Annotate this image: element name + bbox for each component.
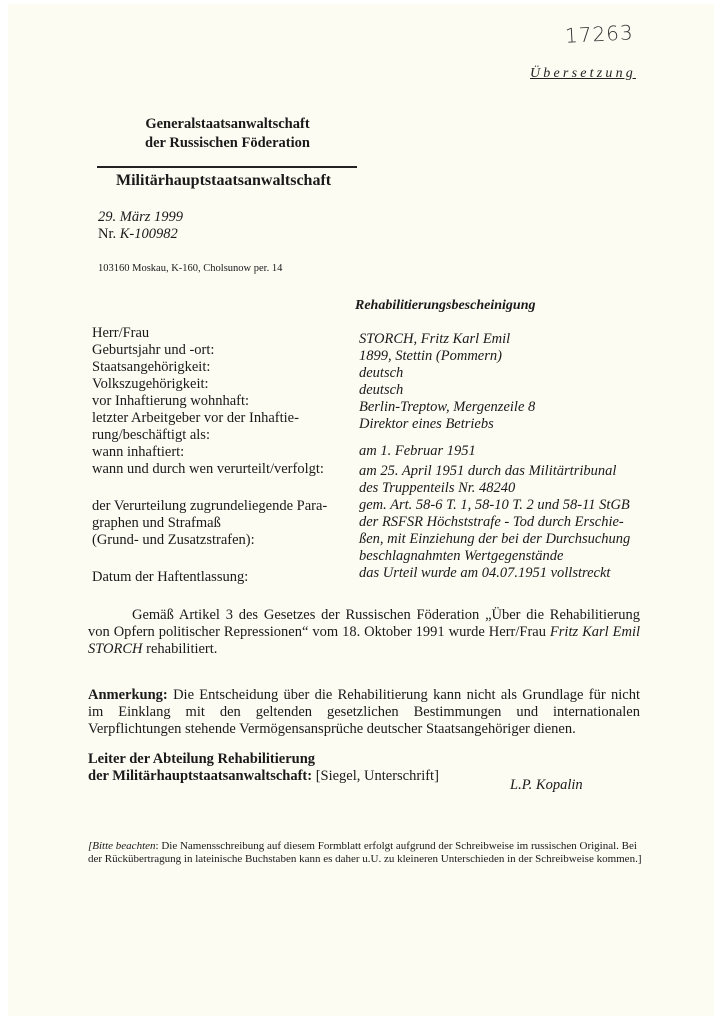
signatory-name: L.P. Kopalin <box>510 777 583 794</box>
field-label: Herr/Frau <box>92 325 327 342</box>
header-divider <box>97 166 357 168</box>
field-value-articles: gem. Art. 58-6 T. 1, 58-10 T. 2 und 58-1… <box>359 497 630 514</box>
document-number: Nr. K-100982 <box>98 226 178 243</box>
field-value-blank <box>359 433 630 443</box>
field-value-sentence: am 25. April 1951 durch das Militärtribu… <box>359 463 630 480</box>
certificate-title: Rehabilitierungsbescheinigung <box>355 298 535 314</box>
field-value-nationality: deutsch <box>359 382 630 399</box>
footnote-text: : Die Namensschreibung auf diesem Formbl… <box>88 840 641 865</box>
field-label <box>92 549 327 569</box>
field-value-tribunal: des Truppenteils Nr. 48240 <box>359 480 630 497</box>
handwritten-document-number: 17263 <box>564 20 634 48</box>
department-name: Militärhauptstaatsanwaltschaft <box>116 172 331 190</box>
field-labels: Herr/Frau Geburtsjahr und -ort: Staatsan… <box>92 325 327 586</box>
field-value-residence: Berlin-Treptow, Mergenzeile 8 <box>359 399 630 416</box>
field-value-occupation: Direktor eines Betriebs <box>359 416 630 433</box>
field-label: der Verurteilung zugrundeliegende Para- <box>92 498 327 515</box>
field-label: letzter Arbeitgeber vor der Inhaftie- <box>92 410 327 427</box>
field-value-penalty-cont: ßen, mit Einziehung der bei der Durchsuc… <box>359 531 630 548</box>
signatory-title-1: Leiter der Abteilung Rehabilitierung <box>88 751 439 768</box>
field-label: Volkszugehörigkeit: <box>92 376 327 393</box>
rehabilitation-paragraph: Gemäß Artikel 3 des Gesetzes der Russisc… <box>88 607 640 658</box>
field-label: wann inhaftiert: <box>92 444 327 461</box>
field-label: Staatsangehörigkeit: <box>92 359 327 376</box>
field-value-citizenship: deutsch <box>359 365 630 382</box>
authority-line-2: der Russischen Föderation <box>120 134 335 153</box>
address: 103160 Moskau, K-160, Cholsunow per. 14 <box>98 263 282 274</box>
authority-line-1: Generalstaatsanwaltschaft <box>120 115 335 134</box>
field-label: graphen und Strafmaß <box>92 515 327 532</box>
footnote: [Bitte beachten: Die Namensschreibung au… <box>88 840 648 866</box>
signatory-title-2: der Militärhauptstaatsanwaltschaft: <box>88 768 312 784</box>
field-value-birth: 1899, Stettin (Pommern) <box>359 348 630 365</box>
remark-label: Anmerkung: <box>88 687 168 703</box>
signature-block: Leiter der Abteilung Rehabilitierung der… <box>88 751 439 785</box>
field-label: Datum der Haftentlassung: <box>92 569 327 586</box>
rehab-text-end: rehabilitiert. <box>143 641 218 657</box>
field-label: vor Inhaftierung wohnhaft: <box>92 393 327 410</box>
field-value-name: STORCH, Fritz Karl Emil <box>359 331 630 348</box>
field-label: rung/beschäftigt als: <box>92 427 327 444</box>
remark-paragraph: Anmerkung: Die Entscheidung über die Reh… <box>88 687 640 738</box>
field-label: (Grund- und Zusatzstrafen): <box>92 532 327 549</box>
translation-label: Übersetzung <box>530 66 636 82</box>
field-value-confiscation: beschlagnahmten Wertgegenstände <box>359 548 630 565</box>
field-label: Geburtsjahr und -ort: <box>92 342 327 359</box>
number-prefix: Nr. <box>98 226 116 242</box>
number-value: K-100982 <box>120 226 178 242</box>
footnote-label: [Bitte beachten <box>88 840 156 852</box>
field-value-release-date: das Urteil wurde am 04.07.1951 vollstrec… <box>359 565 630 582</box>
field-value-arrest-date: am 1. Februar 1951 <box>359 443 630 460</box>
field-label: wann und durch wen verurteilt/verfolgt: <box>92 461 327 478</box>
issuing-authority: Generalstaatsanwaltschaft der Russischen… <box>120 115 335 153</box>
document-date: 29. März 1999 <box>98 209 183 226</box>
seal-note: [Siegel, Unterschrift] <box>312 768 439 784</box>
field-values: STORCH, Fritz Karl Emil 1899, Stettin (P… <box>359 331 630 582</box>
field-label <box>92 478 327 498</box>
remark-text: Die Entscheidung über die Rehabilitierun… <box>88 687 640 737</box>
field-value-penalty: der RSFSR Höchststrafe - Tod durch Ersch… <box>359 514 630 531</box>
